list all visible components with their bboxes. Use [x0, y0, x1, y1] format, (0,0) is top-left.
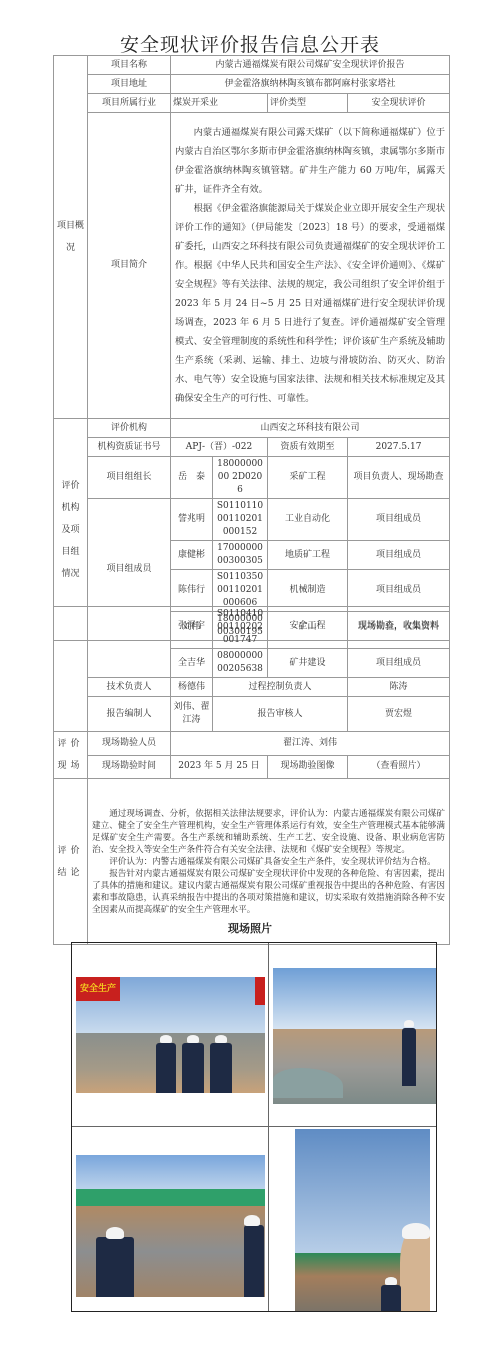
member-name: 訾兆明: [171, 499, 213, 541]
two-inspectors-at-slope[interactable]: [76, 1155, 265, 1297]
intro-paragraph-2: 根据《伊金霍洛旗能源局关于煤炭企业立即开展安全生产现状评价工作的通知》（伊局能发…: [175, 199, 445, 408]
cert-label: 机构资质证书号: [88, 438, 171, 457]
photo-cell: [269, 943, 436, 1127]
conclusion-paragraph-3: 报告针对内蒙古通福煤炭有限公司煤矿安全现状评价中发现的各种危险、有害因素，提出了…: [92, 868, 445, 916]
photo-cell: 安全生产: [72, 943, 269, 1127]
site-staff: 翟江涛、刘伟: [171, 732, 450, 756]
project-name: 内蒙古通福煤炭有限公司煤矿安全现状评价报告: [171, 56, 450, 75]
info-table-part2: 刘伟 S011041000110202001747 矿山 现场勘验，收集资料 全…: [53, 606, 450, 945]
photo-cell: [269, 1127, 436, 1311]
intro-content: 内蒙古通福煤炭有限公司露天煤矿（以下简称通福煤矿）位于内蒙古自治区鄂尔多斯市伊金…: [171, 113, 450, 419]
info-table-part1: 项目概况 项目名称 内蒙古通福煤炭有限公司煤矿安全现状评价报告 项目地址 伊金霍…: [53, 55, 450, 641]
selfie-at-mine[interactable]: [295, 1129, 430, 1311]
member-major: 工业自动化: [268, 499, 348, 541]
photo-cell: [72, 1127, 269, 1311]
reviewer-label: 报告审核人: [213, 697, 348, 732]
member-role: 项目负责人、现场勘查: [348, 457, 450, 499]
eval-type-label: 评价类型: [268, 94, 348, 113]
view-photos-link[interactable]: （查看照片）: [348, 755, 450, 779]
intro-label: 项目简介: [88, 113, 171, 419]
org-name: 山西安之环科技有限公司: [171, 419, 450, 438]
site-section-label: 评价现场: [54, 732, 88, 779]
member-name: 岳 泰: [171, 457, 213, 499]
member-major: 采矿工程: [268, 457, 348, 499]
org-label: 评价机构: [88, 419, 171, 438]
member-major: 地质矿工程: [268, 541, 348, 570]
member-major: 矿井建设: [268, 649, 348, 678]
site-staff-label: 现场勘验人员: [88, 732, 171, 756]
tech-lead: 杨德伟: [171, 678, 213, 697]
reviewer: 贾宏煜: [348, 697, 450, 732]
member-role: 项目组成员: [348, 649, 450, 678]
member-role: 现场勘验，收集资料: [348, 607, 450, 649]
cert-no: APJ-（晋）-022: [171, 438, 268, 457]
safety-flag-right: [255, 977, 265, 1005]
address-label: 项目地址: [88, 75, 171, 94]
member-name: 康健彬: [171, 541, 213, 570]
group-photo-at-pit[interactable]: 安全生产: [76, 977, 265, 1093]
intro-paragraph-1: 内蒙古通福煤炭有限公司露天煤矿（以下简称通福煤矿）位于内蒙古自治区鄂尔多斯市伊金…: [175, 123, 445, 199]
inspector-overlooking-pit[interactable]: [273, 968, 436, 1104]
member-cert: 1700000000300305: [213, 541, 268, 570]
tech-lead-label: 技术负责人: [88, 678, 171, 697]
project-name-label: 项目名称: [88, 56, 171, 75]
member-role: 项目组成员: [348, 499, 450, 541]
members-label-continued: [88, 607, 171, 678]
photo-grid: 安全生产: [71, 942, 437, 1312]
photos-title: 现场照片: [0, 920, 500, 936]
process-lead: 陈涛: [348, 678, 450, 697]
valid-label: 资质有效期至: [268, 438, 348, 457]
member-cert: 0800000000205638: [213, 649, 268, 678]
address: 伊金霍洛旗纳林陶亥镇布都阿麻村张家塔社: [171, 75, 450, 94]
member-cert: S011041000110202001747: [213, 607, 268, 649]
leader-label: 项目组组长: [88, 457, 171, 499]
overview-section-label: 项目概况: [54, 56, 88, 419]
org-section-continued: [54, 607, 88, 732]
conclusion-paragraph-1: 通过现场调查、分析，依据相关法律法规要求，评价认为：内蒙古通福煤炭有限公司煤矿建…: [92, 808, 445, 856]
site-time: 2023 年 5 月 25 日: [171, 755, 268, 779]
valid-until: 2027.5.17: [348, 438, 450, 457]
process-lead-label: 过程控制负责人: [213, 678, 348, 697]
site-time-label: 现场勘验时间: [88, 755, 171, 779]
member-name: 全吉华: [171, 649, 213, 678]
member-name: 刘伟: [171, 607, 213, 649]
industry-label: 项目所属行业: [88, 94, 171, 113]
member-major: 矿山: [268, 607, 348, 649]
conclusion-paragraph-2: 评价认为：内警古通福煤炭有限公司煤矿具备安全生产条件，安全现状评价结为合格。: [92, 856, 445, 868]
author-label: 报告编制人: [88, 697, 171, 732]
safety-flag: 安全生产: [76, 977, 120, 1001]
member-cert: S011011000110201000152: [213, 499, 268, 541]
authors: 刘伟、翟江涛: [171, 697, 213, 732]
industry: 煤炭开采业: [171, 94, 268, 113]
eval-type: 安全现状评价: [348, 94, 450, 113]
site-image-label: 现场勘验图像: [268, 755, 348, 779]
page-title: 安全现状评价报告信息公开表: [0, 30, 500, 57]
member-cert: 1800000000 2D0206: [213, 457, 268, 499]
member-role: 项目组成员: [348, 541, 450, 570]
